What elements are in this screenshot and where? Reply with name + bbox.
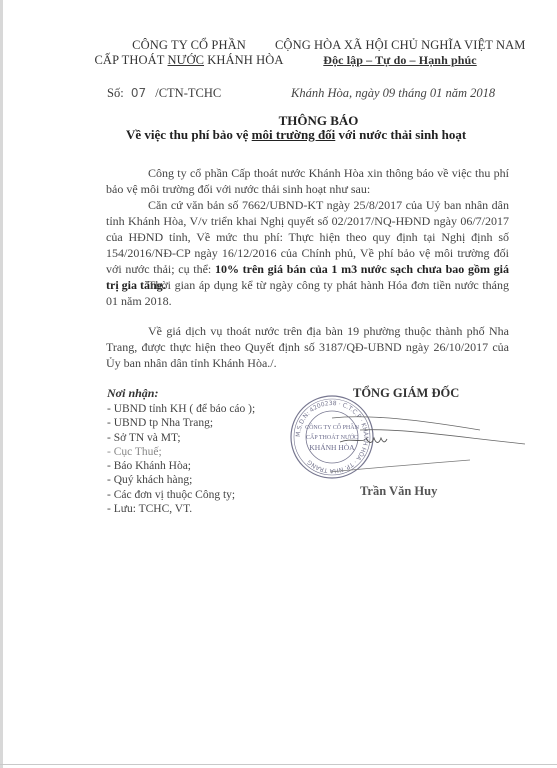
recipient-item: - UBND tỉnh KH ( để báo cáo ); (107, 402, 255, 416)
signer-name: Trần Văn Huy (360, 484, 437, 499)
org-header: CÔNG TY CỔ PHẦN CẤP THOÁT NƯỚC KHÁNH HÒA (94, 38, 284, 68)
paragraph-drainage-price: Về giá dịch vụ thoát nước trên địa bàn 1… (106, 323, 509, 371)
recipients-heading: Nơi nhận: (107, 386, 158, 401)
signature-scribble-icon (330, 400, 530, 480)
handwritten-number: 07 (131, 86, 146, 100)
document-number: Số: 07 /CTN-TCHC (107, 86, 221, 101)
recipient-item: - UBND tp Nha Trang; (107, 416, 255, 430)
paragraph-effective-date: Thời gian áp dụng kể từ ngày công ty phá… (106, 277, 509, 309)
national-motto-line2: Độc lập – Tự do – Hạnh phúc (275, 53, 525, 68)
recipient-item: - Báo Khánh Hòa; (107, 459, 255, 473)
recipient-item: - Sở TN và MT; (107, 431, 255, 445)
recipient-item: - Lưu: TCHC, VT. (107, 502, 255, 516)
national-motto-line1: CỘNG HÒA XÃ HỘI CHỦ NGHĨA VIỆT NAM (275, 38, 525, 53)
org-name-line2: CẤP THOÁT NƯỚC KHÁNH HÒA (94, 53, 284, 68)
org-name-line1: CÔNG TY CỔ PHẦN (94, 38, 284, 53)
recipient-item: - Cục Thuế; (107, 445, 255, 459)
recipient-item: - Quý khách hàng; (107, 473, 255, 487)
scan-bottom-edge (0, 764, 557, 765)
national-header: CỘNG HÒA XÃ HỘI CHỦ NGHĨA VIỆT NAM Độc l… (275, 38, 525, 68)
paragraph-intro: Công ty cổ phần Cấp thoát nước Khánh Hòa… (106, 165, 509, 197)
place-date: Khánh Hòa, ngày 09 tháng 01 năm 2018 (291, 86, 495, 101)
recipient-item: - Các đơn vị thuộc Công ty; (107, 488, 255, 502)
notice-subject: Về việc thu phí bảo vệ môi trường đối vớ… (126, 127, 466, 143)
recipients-list: - UBND tỉnh KH ( để báo cáo ); - UBND tp… (107, 402, 255, 516)
